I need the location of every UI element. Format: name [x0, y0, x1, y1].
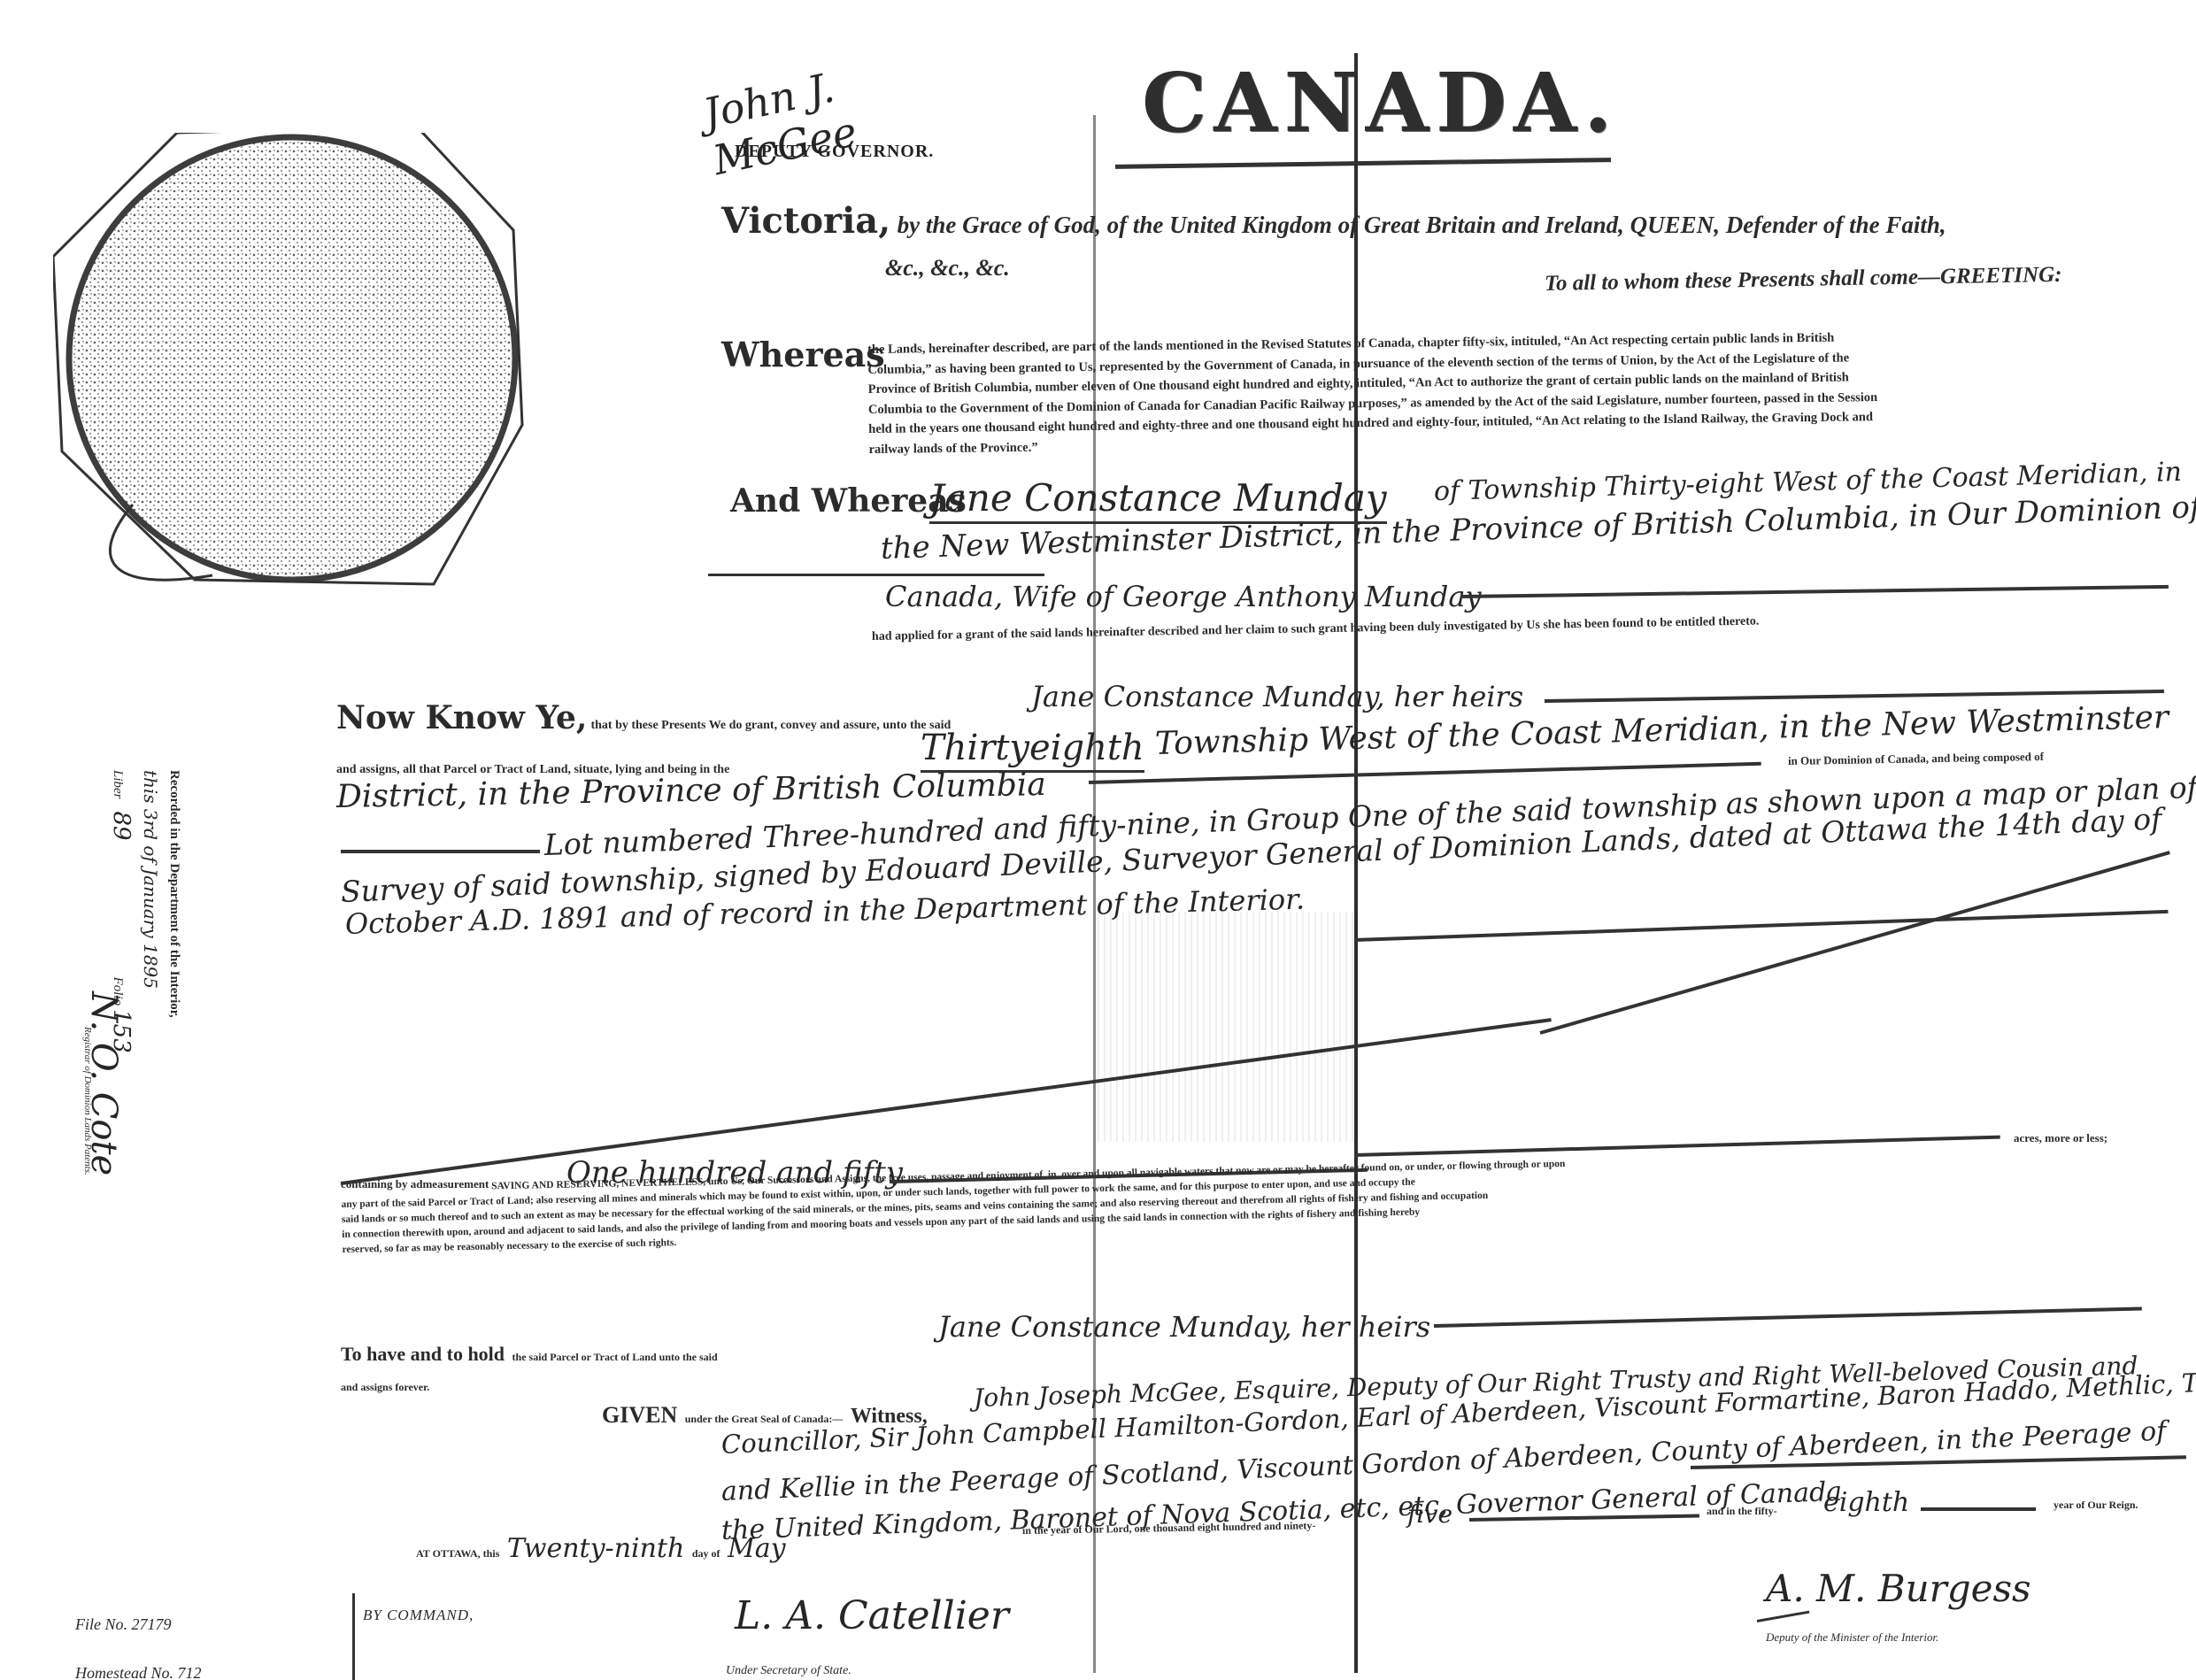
- acres-printed: acres, more or less;: [2014, 1131, 2107, 1145]
- fill-rule: [708, 574, 1044, 576]
- habendum-assigns: and assigns forever.: [341, 1381, 429, 1394]
- great-seal-of-canada-icon: [53, 133, 602, 593]
- reign-year: eighth: [1823, 1487, 1909, 1518]
- recorded-text: Recorded in the Department of the Interi…: [166, 770, 181, 1053]
- signature-underline: [1757, 1611, 1810, 1622]
- greeting: To all to whom these Presents shall come…: [1545, 263, 2062, 297]
- reign-suffix: year of Our Reign.: [2053, 1499, 2138, 1512]
- deputy-minister-signature: A. M. Burgess: [1766, 1567, 2031, 1610]
- dominion-printed: in Our Dominion of Canada, and being com…: [1788, 750, 2044, 768]
- dating-line: AT OTTAWA, this Twenty-ninth day of May: [416, 1531, 786, 1565]
- file-number: File No. 27179: [75, 1615, 172, 1634]
- fill-rule: [1921, 1507, 2036, 1511]
- fill-rule: [1089, 762, 1761, 784]
- day-of-printed: day of: [692, 1547, 720, 1560]
- deputy-governor-signature: John J. McGee: [699, 35, 982, 204]
- under-secretary-label: Under Secretary of State.: [726, 1664, 851, 1678]
- now-know-ye-clause: Now Know Ye, that by these Presents We d…: [336, 699, 951, 736]
- whereas-lead: Whereas: [721, 335, 885, 374]
- grant-year: five: [1407, 1499, 1452, 1529]
- under-secretary-signature: L. A. Catellier: [735, 1593, 1009, 1638]
- township-number: Thirtyeighth: [921, 728, 1144, 768]
- victoria-lead: Victoria,: [721, 200, 890, 242]
- great-seal: [53, 133, 602, 593]
- had-applied-text: had applied for a grant of the said land…: [872, 615, 1760, 644]
- fill-rule: [1460, 585, 2169, 598]
- victoria-preamble: Victoria, by the Grace of God, of the Un…: [721, 202, 2191, 244]
- reign-printed: and in the fifty-: [1707, 1505, 1777, 1518]
- grantee-heirs: Jane Constance Munday, her heirs: [1031, 680, 1523, 713]
- given-word: GIVEN: [602, 1402, 677, 1428]
- grant-printed-text: that by these Presents We do grant, conv…: [590, 719, 951, 732]
- homestead-number: Homestead No. 712: [75, 1664, 202, 1680]
- etc-text: &c., &c., &c.: [885, 255, 1010, 281]
- stamp-smudge: [1098, 912, 1354, 1142]
- by-command: BY COMMAND,: [363, 1607, 474, 1624]
- deputy-minister-label: Deputy of the Minister of the Interior.: [1766, 1630, 1938, 1645]
- at-ottawa-printed: AT OTTAWA, this: [416, 1547, 499, 1560]
- habendum: To have and to hold the said Parcel or T…: [341, 1335, 718, 1368]
- now-know-ye-lead: Now Know Ye,: [336, 699, 587, 736]
- liber-label: Liber: [111, 770, 125, 799]
- habendum-printed: the said Parcel or Tract of Land unto th…: [512, 1351, 718, 1363]
- liber-number: 89: [108, 812, 135, 841]
- habendum-grantee: Jane Constance Munday, her heirs: [938, 1310, 1430, 1344]
- bracket-divider: [352, 1593, 355, 1680]
- victoria-text: by the Grace of God, of the United Kingd…: [898, 212, 1946, 238]
- deputy-governor-label: DEPUTY GOVERNOR.: [735, 142, 934, 162]
- grantee-name: Jane Constance Munday: [929, 476, 1387, 520]
- given-printed: under the Great Seal of Canada:—: [685, 1413, 844, 1425]
- recorded-date: this 3rd of January 1895: [140, 770, 161, 1053]
- and-whereas-line3: Canada, Wife of George Anthony Munday: [885, 580, 1482, 613]
- fill-rule: [341, 850, 540, 853]
- title-rule-divider: [1115, 158, 1611, 169]
- grant-day: Twenty-ninth: [507, 1533, 684, 1564]
- document-title: CANADA.: [1142, 55, 1619, 150]
- habendum-lead: To have and to hold: [341, 1343, 505, 1365]
- fill-rule: [1545, 690, 2164, 703]
- registrar-label: Registrar of Dominion Lands Patents.: [82, 1027, 93, 1175]
- fill-rule: [1354, 910, 2169, 942]
- whereas-body: the Lands, hereinafter described, are pa…: [867, 324, 2196, 459]
- fill-rule: [1434, 1306, 2142, 1328]
- grant-month: May: [728, 1533, 786, 1564]
- diagonal-cancel-line: [1539, 851, 2169, 1035]
